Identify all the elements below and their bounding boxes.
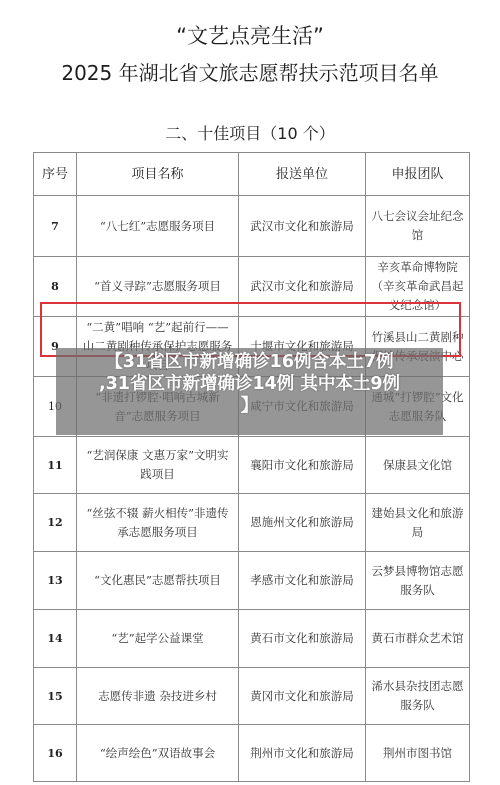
row-team: 建始县文化和旅游局	[366, 494, 470, 552]
news-caption-overlay: 【31省区市新增确诊16例含本土7例 ,31省区市新增确诊14例 其中本土9例 …	[56, 348, 443, 435]
caption-line-2: ,31省区市新增确诊14例 其中本土9例	[56, 373, 443, 395]
table-row: 8 “首义寻踪”志愿服务项目 武汉市文化和旅游局 辛亥革命博物院（辛亥革命武昌起…	[34, 257, 470, 317]
row-project-name: “文化惠民”志愿帮扶项目	[77, 552, 239, 610]
row-unit: 荆州市文化和旅游局	[239, 725, 366, 782]
row-team: 浠水县杂技团志愿服务队	[366, 668, 470, 725]
section-heading: 二、十佳项目（10 个）	[0, 121, 500, 144]
document-subtitle: 2025 年湖北省文旅志愿帮扶示范项目名单	[0, 57, 500, 86]
row-unit: 恩施州文化和旅游局	[239, 494, 366, 552]
caption-line-1: 【31省区市新增确诊16例含本土7例	[56, 351, 443, 373]
document-title: “文艺点亮生活”	[0, 20, 500, 50]
table-row: 15 志愿传非遗 杂技进乡村 黄冈市文化和旅游局 浠水县杂技团志愿服务队	[34, 668, 470, 725]
row-team: 辛亥革命博物院（辛亥革命武昌起义纪念馆）	[366, 257, 470, 317]
row-project-name: “艺润保康 文惠万家”文明实践项目	[77, 437, 239, 494]
row-project-name: “八七红”志愿服务项目	[77, 196, 239, 257]
row-no: 13	[34, 552, 77, 610]
row-no: 16	[34, 725, 77, 782]
row-no: 15	[34, 668, 77, 725]
table-row: 13 “文化惠民”志愿帮扶项目 孝感市文化和旅游局 云梦县博物馆志愿服务队	[34, 552, 470, 610]
header-applicant-team: 申报团队	[366, 153, 470, 196]
row-no: 8	[34, 257, 77, 317]
row-team: 八七会议会址纪念馆	[366, 196, 470, 257]
table-row: 16 “绘声绘色”双语故事会 荆州市文化和旅游局 荆州市图书馆	[34, 725, 470, 782]
row-project-name: “首义寻踪”志愿服务项目	[77, 257, 239, 317]
table-row: 11 “艺润保康 文惠万家”文明实践项目 襄阳市文化和旅游局 保康县文化馆	[34, 437, 470, 494]
row-unit: 孝感市文化和旅游局	[239, 552, 366, 610]
row-unit: 黄冈市文化和旅游局	[239, 668, 366, 725]
header-submitting-unit: 报送单位	[239, 153, 366, 196]
header-project-name: 项目名称	[77, 153, 239, 196]
row-project-name: “丝弦不辍 薪火相传”非遗传承志愿服务项目	[77, 494, 239, 552]
header-no: 序号	[34, 153, 77, 196]
row-no: 7	[34, 196, 77, 257]
row-project-name: 志愿传非遗 杂技进乡村	[77, 668, 239, 725]
row-no: 11	[34, 437, 77, 494]
table-row: 14 “艺”起学公益课堂 黄石市文化和旅游局 黄石市群众艺术馆	[34, 610, 470, 668]
caption-line-3: 】	[56, 395, 443, 417]
row-project-name: “绘声绘色”双语故事会	[77, 725, 239, 782]
projects-table: 序号 项目名称 报送单位 申报团队 7 “八七红”志愿服务项目 武汉市文化和旅游…	[33, 152, 470, 782]
table-header-row: 序号 项目名称 报送单位 申报团队	[34, 153, 470, 196]
row-team: 荆州市图书馆	[366, 725, 470, 782]
row-project-name: “艺”起学公益课堂	[77, 610, 239, 668]
row-team: 云梦县博物馆志愿服务队	[366, 552, 470, 610]
table-row: 7 “八七红”志愿服务项目 武汉市文化和旅游局 八七会议会址纪念馆	[34, 196, 470, 257]
row-no: 12	[34, 494, 77, 552]
row-unit: 黄石市文化和旅游局	[239, 610, 366, 668]
row-unit: 襄阳市文化和旅游局	[239, 437, 366, 494]
row-no: 14	[34, 610, 77, 668]
row-unit: 武汉市文化和旅游局	[239, 257, 366, 317]
table-row: 12 “丝弦不辍 薪火相传”非遗传承志愿服务项目 恩施州文化和旅游局 建始县文化…	[34, 494, 470, 552]
row-unit: 武汉市文化和旅游局	[239, 196, 366, 257]
row-team: 保康县文化馆	[366, 437, 470, 494]
row-team: 黄石市群众艺术馆	[366, 610, 470, 668]
